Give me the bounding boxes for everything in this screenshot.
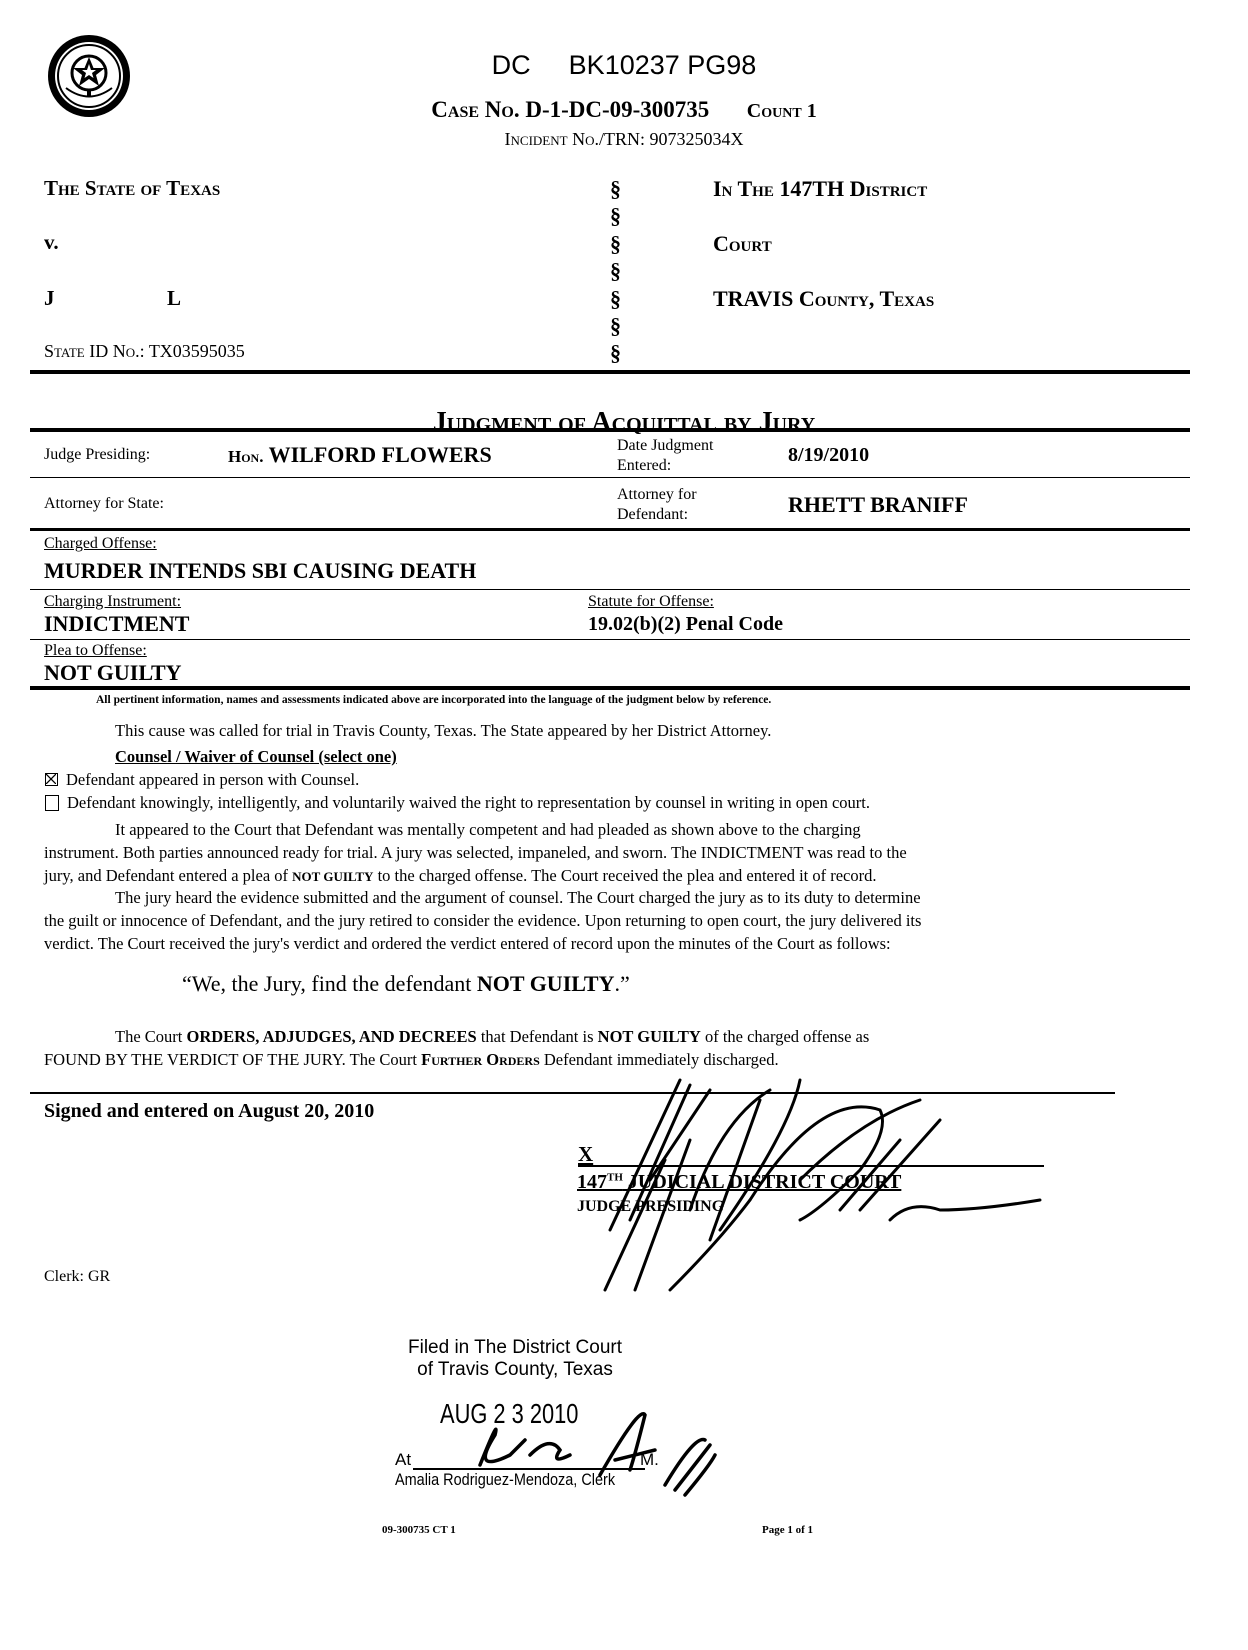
- county-name: TRAVIS: [713, 286, 793, 311]
- text-span: to the charged offense. The Court receiv…: [373, 866, 876, 885]
- counsel-option-label: Defendant knowingly, intelligently, and …: [67, 791, 870, 814]
- def-label-line1: Attorney for: [617, 485, 697, 505]
- order-emphasis: NOT GUILTY: [598, 1027, 701, 1046]
- divider: [30, 528, 1190, 531]
- date-label-line2: Entered:: [617, 456, 713, 476]
- state-id: State ID No.: TX03595035: [44, 341, 245, 362]
- divider: [30, 686, 1190, 690]
- case-number-line: Case No. D-1-DC-09-300735 Count 1: [0, 97, 1248, 123]
- charging-instrument-label: Charging Instrument:: [44, 593, 181, 611]
- section-symbol: §: [610, 313, 621, 339]
- divider: [30, 428, 1190, 432]
- book-page-number: BK10237 PG98: [569, 50, 757, 81]
- checkbox-checked-icon[interactable]: [45, 773, 58, 786]
- text-span: jury, and Defendant entered a plea of: [44, 866, 292, 885]
- judge-presiding-label: Judge Presiding:: [44, 446, 150, 464]
- judge-name-value: WILFORD FLOWERS: [269, 442, 492, 467]
- jury-line-2: the guilt or innocence of Defendant, and…: [44, 909, 1174, 932]
- jury-paragraph: The jury heard the evidence submitted an…: [44, 886, 1174, 955]
- state-id-value: TX03595035: [149, 341, 245, 361]
- date-label-line1: Date Judgment: [617, 436, 713, 456]
- state-id-label: State ID No.:: [44, 341, 145, 361]
- judge-prefix: Hon.: [228, 447, 263, 466]
- incident-number-line: Incident No./TRN: 907325034X: [0, 129, 1248, 150]
- counsel-option-waived[interactable]: Defendant knowingly, intelligently, and …: [45, 791, 870, 814]
- court-line-2: Court: [713, 231, 772, 257]
- party-state: The State of Texas: [44, 176, 220, 201]
- judge-signature-icon: [560, 1060, 1080, 1300]
- statute-value: 19.02(b)(2) Penal Code: [588, 613, 783, 636]
- defendant-first-initial: J: [44, 286, 55, 311]
- date-judgment-label: Date JudgmentEntered:: [617, 436, 713, 476]
- trial-called-paragraph: This cause was called for trial in Travi…: [115, 719, 771, 742]
- charged-offense-value: MURDER INTENDS SBI CAUSING DEATH: [44, 558, 476, 584]
- competency-paragraph: It appeared to the Court that Defendant …: [44, 818, 1164, 888]
- divider: [30, 477, 1190, 478]
- plea-inline: NOT GUILTY: [292, 869, 373, 884]
- state-attorney-label: Attorney for State:: [44, 495, 164, 513]
- section-symbol: §: [610, 286, 621, 312]
- competency-line-1: It appeared to the Court that Defendant …: [44, 818, 1164, 841]
- order-emphasis: Further Orders: [421, 1050, 540, 1069]
- section-symbol: §: [610, 340, 621, 366]
- county-state: County, Texas: [793, 286, 934, 311]
- footer-case-ref: 09-300735 CT 1: [382, 1524, 456, 1536]
- text-span: FOUND BY THE VERDICT OF THE JURY. The Co…: [44, 1050, 421, 1069]
- text-span: “We, the Jury, find the defendant: [182, 971, 477, 996]
- divider: [30, 639, 1190, 640]
- charged-offense-label: Charged Offense:: [44, 535, 157, 553]
- court-line-3: TRAVIS County, Texas: [713, 286, 934, 312]
- filing-stamp-heading: Filed in The District Court of Travis Co…: [395, 1337, 635, 1381]
- verdict-quote: “We, the Jury, find the defendant NOT GU…: [182, 971, 630, 997]
- text-span: .”: [614, 971, 629, 996]
- judge-name: Hon. WILFORD FLOWERS: [228, 442, 492, 468]
- text-span: that Defendant is: [477, 1027, 598, 1046]
- signed-date: Signed and entered on August 20, 2010: [44, 1100, 374, 1123]
- order-emphasis: ORDERS, ADJUDGES, AND DECREES: [187, 1027, 477, 1046]
- count-label: Count 1: [747, 100, 817, 122]
- jury-line-3: verdict. The Court received the jury's v…: [44, 932, 1174, 955]
- jury-line-1: The jury heard the evidence submitted an…: [44, 886, 1174, 909]
- statute-label: Statute for Offense:: [588, 593, 714, 611]
- dc-label: DC: [492, 50, 531, 81]
- checkbox-empty-icon[interactable]: [45, 795, 59, 811]
- court-line-1: In The 147TH District: [713, 176, 927, 202]
- incident-label: Incident No./TRN:: [505, 129, 645, 149]
- plea-label: Plea to Offense:: [44, 642, 147, 660]
- order-line-1: The Court ORDERS, ADJUDGES, AND DECREES …: [44, 1025, 1174, 1048]
- defense-attorney-label: Attorney forDefendant:: [617, 485, 697, 525]
- text-span: The Court: [115, 1027, 187, 1046]
- filing-line-2: of Travis County, Texas: [395, 1359, 635, 1381]
- page-number: Page 1 of 1: [762, 1524, 813, 1536]
- text-span: of the charged offense as: [701, 1027, 869, 1046]
- counsel-heading: Counsel / Waiver of Counsel (select one): [115, 745, 397, 768]
- defendant-last-initial: L: [167, 286, 181, 311]
- counsel-option-appeared[interactable]: Defendant appeared in person with Counse…: [45, 768, 359, 791]
- counsel-option-label: Defendant appeared in person with Counse…: [66, 768, 359, 791]
- section-symbol: §: [610, 258, 621, 284]
- filing-at-label: At: [395, 1450, 411, 1470]
- date-judgment-value: 8/19/2010: [788, 444, 869, 467]
- section-symbol: §: [610, 176, 621, 202]
- section-symbol: §: [610, 203, 621, 229]
- incorporation-note: All pertinent information, names and ass…: [96, 694, 771, 706]
- clerk-initials: Clerk: GR: [44, 1268, 110, 1286]
- def-label-line2: Defendant:: [617, 505, 697, 525]
- verdict-value: NOT GUILTY: [477, 971, 615, 996]
- defense-attorney-value: RHETT BRANIFF: [788, 492, 968, 518]
- divider: [30, 589, 1190, 590]
- filing-line-1: Filed in The District Court: [395, 1337, 635, 1359]
- case-label: Case No.: [431, 97, 519, 122]
- versus-label: v.: [44, 230, 59, 255]
- clerk-signature-icon: [440, 1395, 730, 1505]
- divider: [30, 370, 1190, 374]
- incident-number: 907325034X: [649, 129, 743, 149]
- plea-value: NOT GUILTY: [44, 660, 182, 686]
- charging-instrument-value: INDICTMENT: [44, 611, 189, 637]
- section-symbol: §: [610, 231, 621, 257]
- competency-line-3: jury, and Defendant entered a plea of NO…: [44, 864, 1164, 888]
- page-title: Judgment of Acquittal by Jury: [0, 407, 1248, 439]
- case-number: D-1-DC-09-300735: [525, 97, 709, 122]
- book-page-reference: DCBK10237 PG98: [0, 50, 1248, 81]
- competency-line-2: instrument. Both parties announced ready…: [44, 841, 1164, 864]
